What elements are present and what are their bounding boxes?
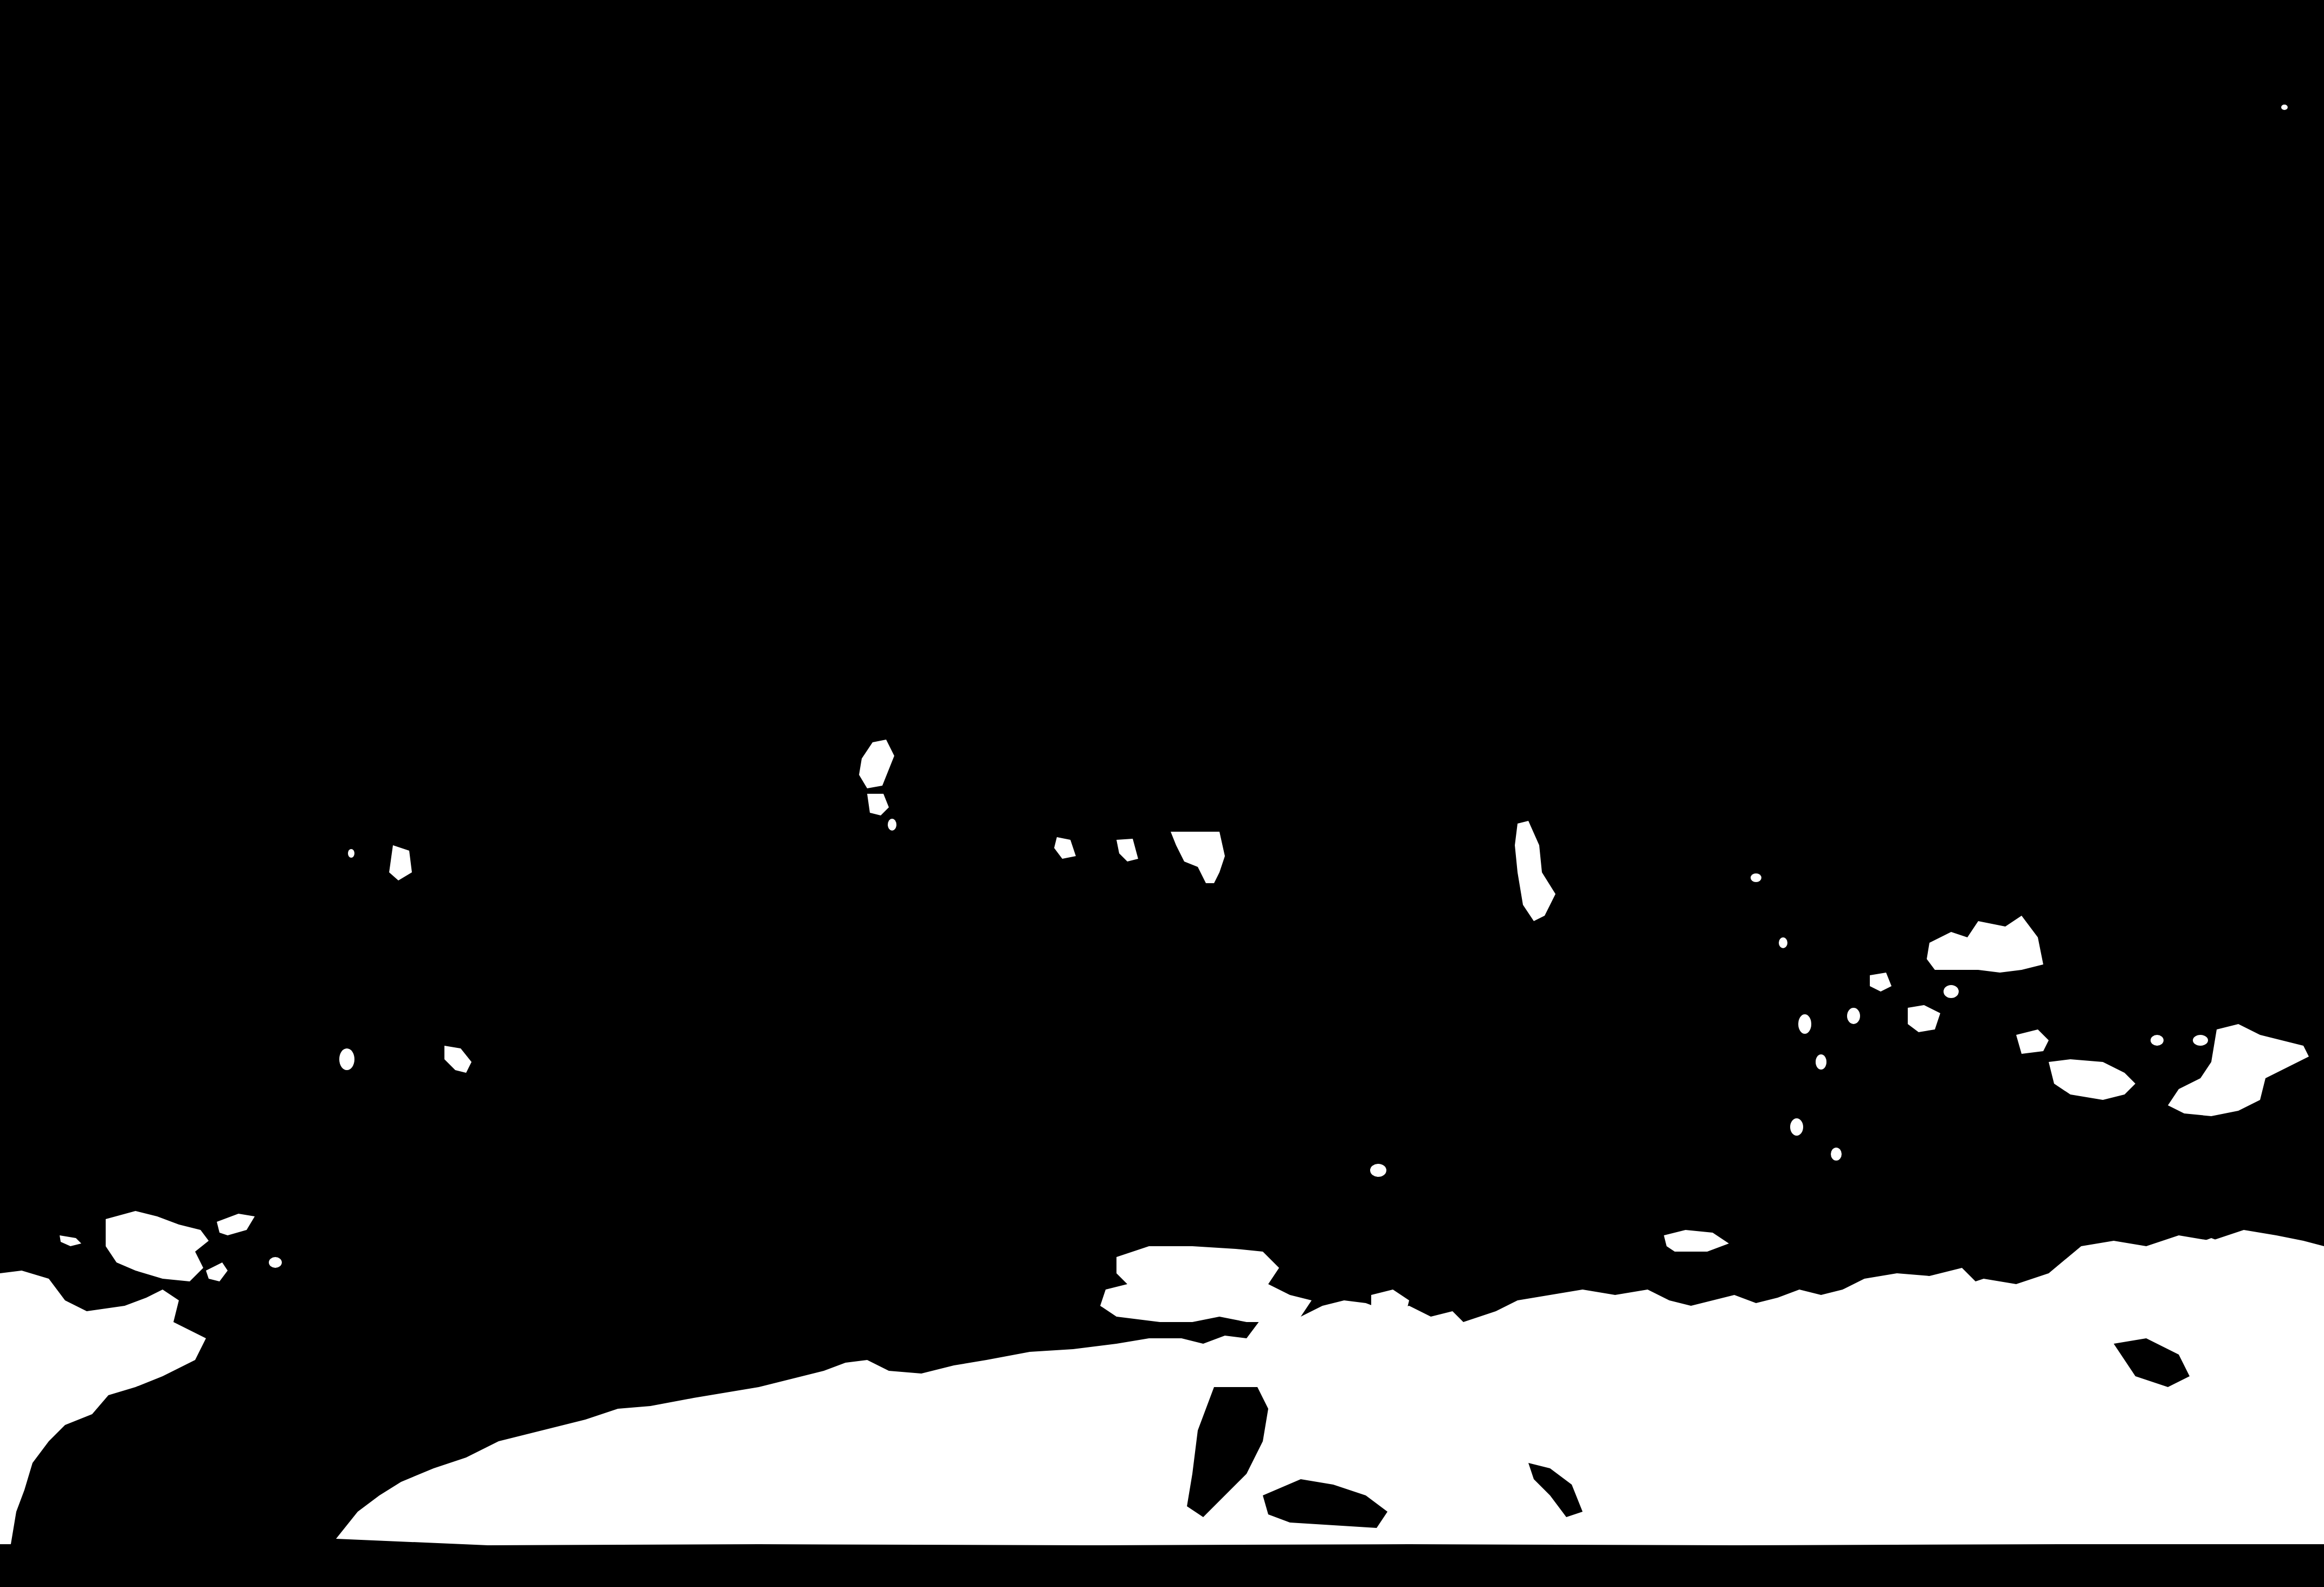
mask-region-right-dot-7: [2151, 1035, 2164, 1046]
mask-region-right-dot-3: [1831, 1148, 1842, 1161]
mask-region-right-dot-4: [1779, 937, 1787, 948]
mask-region-right-dot-2: [1798, 1014, 1811, 1034]
mask-region-right-dot-9: [1790, 1118, 1803, 1136]
mask-region-right-dot-6: [1847, 1008, 1860, 1024]
mask-region-right-dot-10: [1751, 873, 1761, 882]
mask-region-dot: [269, 1257, 282, 1268]
mask-region-dot-top-right: [2281, 105, 2288, 110]
segmentation-mask: [0, 0, 2324, 1587]
mask-region-right-dot-8: [2193, 1035, 2208, 1046]
mask-region-right-dot-5: [1816, 1054, 1826, 1070]
mask-region-right-dot-1: [1944, 985, 1959, 998]
mask-region-blob-k: [348, 849, 354, 858]
mask-region-blob-c: [888, 819, 896, 831]
mask-region-blob-i: [339, 1048, 354, 1070]
mask-region-blob-l: [1370, 1164, 1386, 1177]
